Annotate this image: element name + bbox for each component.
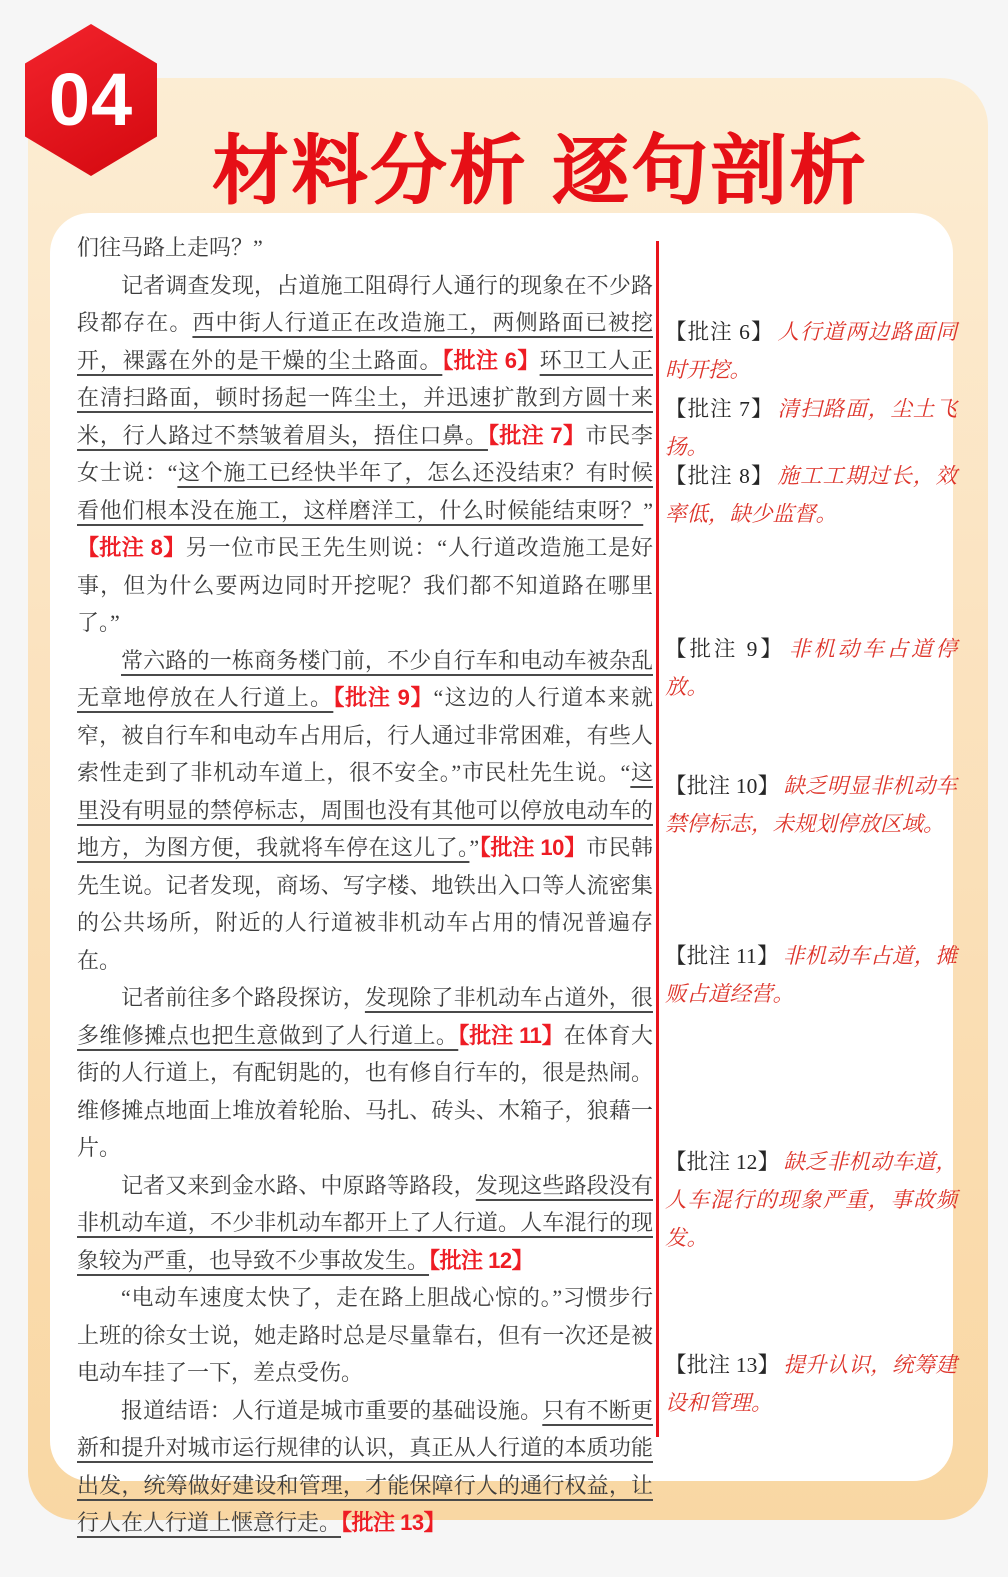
- inline-annotation-marker: 【批注 11】: [458, 1023, 563, 1048]
- text-segment: 们往马路上走吗？”: [77, 235, 263, 260]
- page-title: 材料分析 逐句剖析: [212, 127, 868, 217]
- article-paragraph: 记者前往多个路段探访，发现除了非机动车占道外，很多维修摊点也把生意做到了人行道上…: [77, 979, 653, 1167]
- article-paragraph: 报道结语：人行道是城市重要的基础设施。只有不断更新和提升对城市运行规律的认识，真…: [77, 1392, 653, 1542]
- text-segment: ”: [643, 498, 653, 523]
- annotation-label: 【批注 9】: [665, 637, 785, 661]
- annotation-note: 【批注 8】施工工期过长，效率低，缺少监督。: [665, 457, 957, 533]
- annotation-note: 【批注 12】缺乏非机动车道，人车混行的现象严重，事故频发。: [665, 1143, 957, 1257]
- inline-annotation-marker: 【批注 7】: [488, 423, 585, 448]
- annotation-note: 【批注 11】非机动车占道，摊贩占道经营。: [665, 937, 957, 1013]
- text-segment: 记者前往多个路段探访，: [121, 985, 365, 1010]
- inline-annotation-marker: 【批注 8】: [77, 535, 186, 560]
- annotation-label: 【批注 7】: [665, 397, 774, 421]
- annotation-label: 【批注 12】: [665, 1150, 779, 1174]
- text-segment: 报道结语：人行道是城市重要的基础设施。: [121, 1398, 542, 1423]
- inline-annotation-marker: 【批注 13】: [341, 1510, 445, 1535]
- annotation-note: 【批注 9】非机动车占道停放。: [665, 630, 957, 706]
- article-paragraph: “电动车速度太快了，走在路上胆战心惊的。”习惯步行上班的徐女士说，她走路时总是尽…: [77, 1279, 653, 1392]
- content-card: 们往马路上走吗？”记者调查发现，占道施工阻碍行人通行的现象在不少路段都存在。西中…: [50, 213, 953, 1481]
- article-paragraph: 常六路的一栋商务楼门前，不少自行车和电动车被杂乱无章地停放在人行道上。【批注 9…: [77, 642, 653, 980]
- annotation-label: 【批注 8】: [665, 464, 774, 488]
- book-page: 04 材料分析 逐句剖析 们往马路上走吗？”记者调查发现，占道施工阻碍行人通行的…: [0, 0, 1008, 1577]
- inline-annotation-marker: 【批注 10】: [479, 835, 586, 860]
- inline-annotation-marker: 【批注 6】: [442, 348, 539, 373]
- article-column: 们往马路上走吗？”记者调查发现，占道施工阻碍行人通行的现象在不少路段都存在。西中…: [77, 229, 653, 1542]
- annotation-label: 【批注 13】: [665, 1353, 779, 1377]
- annotation-label: 【批注 11】: [665, 944, 779, 968]
- text-segment: 记者又来到金水路、中原路等路段，: [121, 1173, 476, 1198]
- text-segment: “电动车速度太快了，走在路上胆战心惊的。”习惯步行上班的徐女士说，她走路时总是尽…: [77, 1285, 653, 1385]
- annotation-note: 【批注 10】缺乏明显非机动车禁停标志，未规划停放区域。: [665, 767, 957, 843]
- inline-annotation-marker: 【批注 12】: [429, 1248, 533, 1273]
- annotation-note: 【批注 7】清扫路面，尘土飞扬。: [665, 390, 957, 466]
- article-paragraph: 们往马路上走吗？”: [77, 229, 653, 267]
- inline-annotation-marker: 【批注 9】: [333, 685, 433, 710]
- article-paragraph: 记者又来到金水路、中原路等路段，发现这些路段没有非机动车道，不少非机动车都开上了…: [77, 1167, 653, 1280]
- annotation-note: 【批注 13】提升认识，统筹建设和管理。: [665, 1346, 957, 1422]
- chapter-number: 04: [49, 63, 133, 137]
- article-paragraph: 记者调查发现，占道施工阻碍行人通行的现象在不少路段都存在。西中街人行道正在改造施…: [77, 267, 653, 642]
- annotation-label: 【批注 10】: [665, 774, 779, 798]
- annotation-note: 【批注 6】人行道两边路面同时开挖。: [665, 313, 957, 389]
- annotation-label: 【批注 6】: [665, 320, 774, 344]
- column-divider: [656, 241, 659, 1437]
- text-segment: ”: [469, 835, 479, 860]
